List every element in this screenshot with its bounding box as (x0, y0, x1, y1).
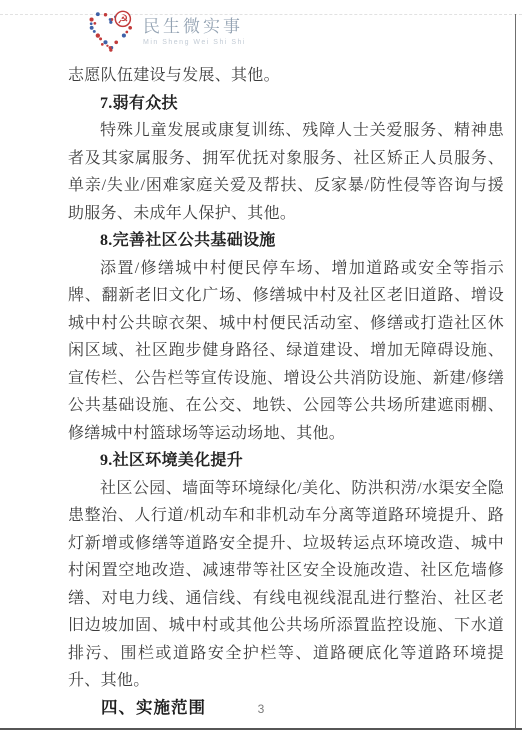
party-emblem-icon: ☭ (115, 11, 130, 26)
page-bottom-border (0, 728, 522, 730)
logo-subtitle-pinyin: Min Sheng Wei Shi Shi (143, 38, 246, 47)
heading-9-environment-beautification: 9.社区环境美化提升 (68, 447, 504, 475)
paragraph-section-9: 社区公园、墙面等环境绿化/美化、防洪积涝/水渠安全隐患整治、人行道/机动车和非机… (68, 475, 504, 695)
paragraph-section-7: 特殊儿童发展或康复训练、残障人士关爱服务、精神患者及其家属服务、拥军优抚对象服务… (68, 117, 504, 227)
paragraph-continuation: 志愿队伍建设与发展、其他。 (68, 62, 504, 90)
heading-7-support-for-the-weak: 7.弱有众扶 (68, 90, 504, 118)
page-right-border (515, 14, 516, 729)
heading-8-community-infrastructure: 8.完善社区公共基础设施 (68, 227, 504, 255)
heart-of-figures-icon: ☭ (88, 8, 136, 56)
logo: ☭ 民生微实事 Min Sheng Wei Shi Shi (88, 8, 246, 56)
logo-text: 民生微实事 Min Sheng Wei Shi Shi (143, 17, 246, 47)
header-rule (0, 14, 522, 15)
logo-title: 民生微实事 (143, 17, 246, 37)
svg-text:☭: ☭ (117, 11, 128, 26)
document-body: 志愿队伍建设与发展、其他。 7.弱有众扶 特殊儿童发展或康复训练、残障人士关爱服… (68, 62, 504, 722)
document-page: ☭ 民生微实事 Min Sheng Wei Shi Shi 志愿队伍建设与发展、… (0, 0, 522, 732)
paragraph-section-8: 添置/修缮城中村便民停车场、增加道路或安全等指示牌、翻新老旧文化广场、修缮城中村… (68, 255, 504, 448)
page-number: 3 (0, 702, 522, 716)
